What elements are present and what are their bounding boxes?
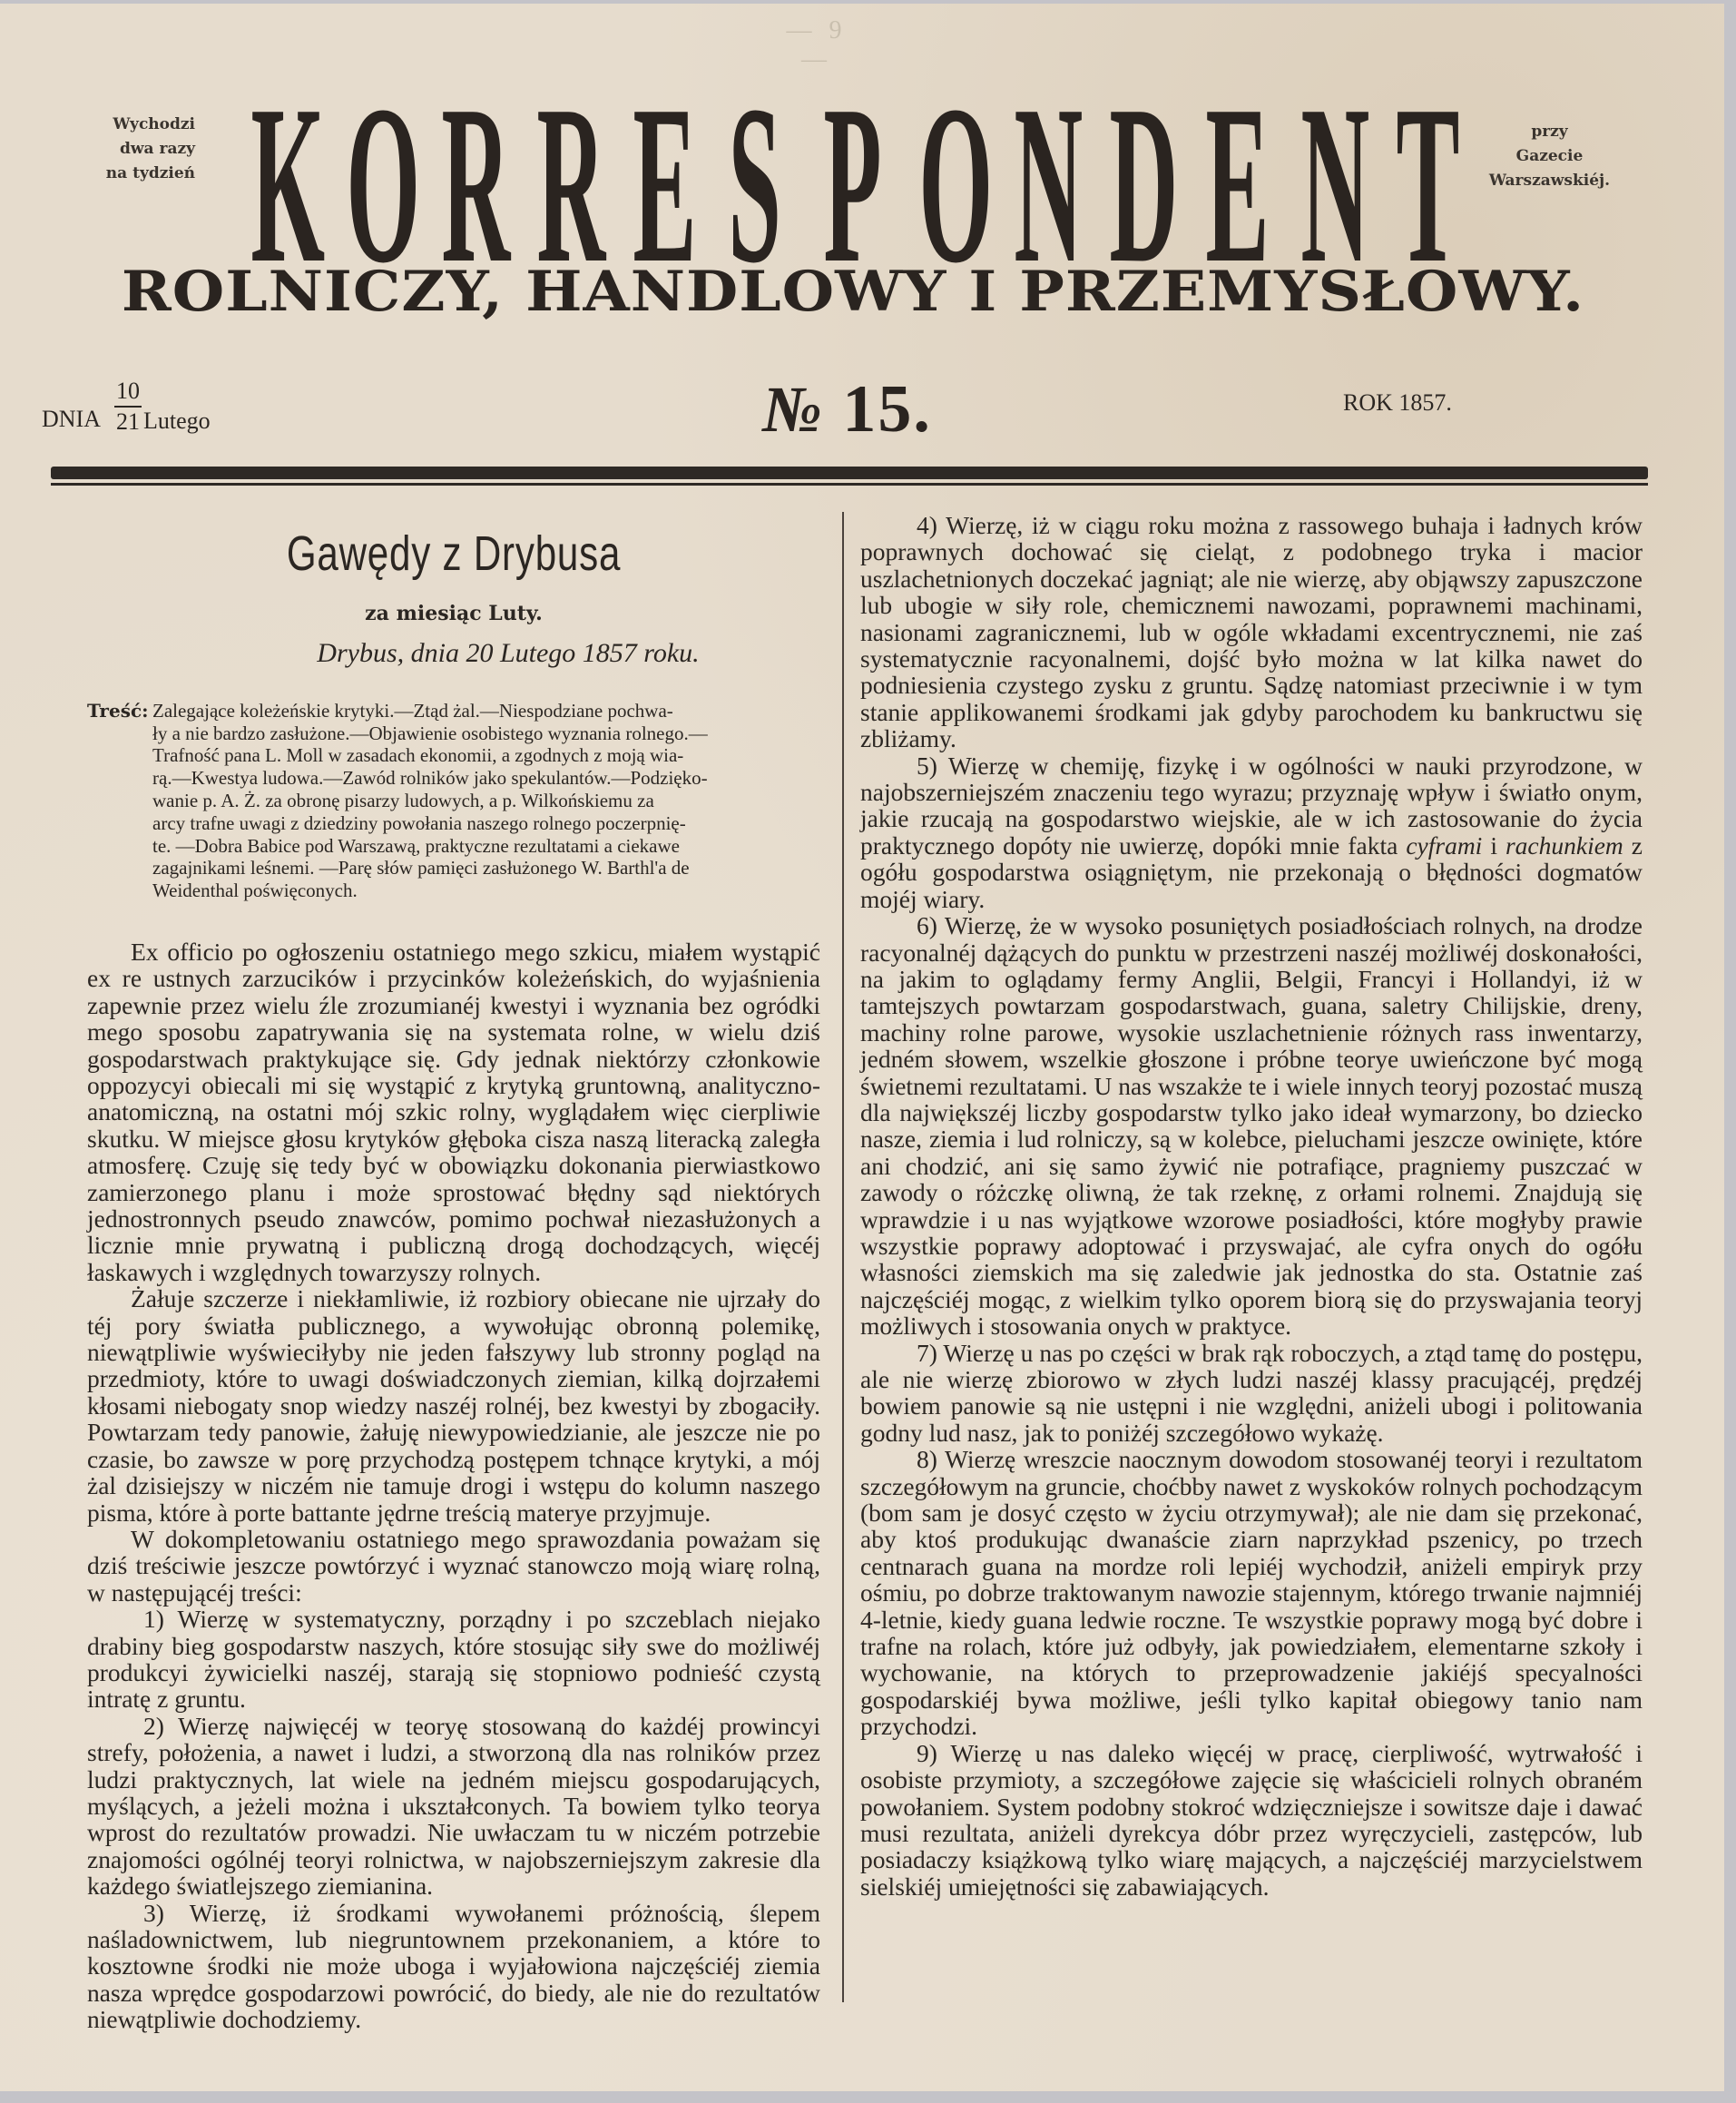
date-fraction: 10 21: [114, 378, 142, 435]
left-column: Gawędy z Drybusa za miesiąc Luty. Drybus…: [87, 512, 820, 2033]
affiliation-line: przy: [1470, 120, 1629, 144]
title-letter: T: [1396, 94, 1433, 276]
newspaper-page: — 9 — Wychodzi dwa razy na tydzień KORRE…: [0, 4, 1724, 2091]
frequency-line: dwa razy: [54, 137, 195, 162]
article-dateline: Drybus, dnia 20 Lutego 1857 roku.: [196, 640, 820, 666]
title-letter: E: [1205, 94, 1242, 276]
title-letter: D: [1110, 94, 1147, 276]
masthead-thin-rule: [51, 483, 1648, 486]
masthead-thick-rule: [51, 467, 1648, 479]
summary-text: Zalegające koleżeńskie krytyki.—Ztąd żal…: [152, 700, 820, 902]
summary-line: Weidenthal poświęconych.: [152, 880, 820, 902]
date-old-style: 10: [116, 378, 140, 404]
creed-item: 6) Wierzę, że w wysoko posuniętych posia…: [860, 912, 1643, 1340]
summary-line: te. —Dobra Babice pod Warszawą, praktycz…: [152, 835, 820, 858]
summary-line: rą.—Kwestya ludowa.—Zawód rolników jako …: [152, 767, 820, 790]
creed-item: 5) Wierzę w chemiję, fizykę i w ogólnośc…: [860, 752, 1643, 912]
article-subtitle: za miesiąc Luty.: [87, 601, 820, 627]
title-letter: S: [728, 94, 765, 276]
date-prefix: DNIA: [42, 406, 101, 433]
article-summary: Treść: Zalegające koleżeńskie krytyki.—Z…: [87, 700, 820, 902]
summary-line: Zalegające koleżeńskie krytyki.—Ztąd żal…: [152, 700, 820, 722]
summary-line: wanie p. A. Ż. za obronę pisarzy ludowyc…: [152, 790, 820, 812]
title-letter: E: [633, 94, 670, 276]
summary-label: Treść:: [87, 700, 152, 902]
summary-line: Trafność pana L. Moll w zasadach ekonomi…: [152, 744, 820, 767]
creed-item: 3) Wierzę, iż środkami wywołanemi próżno…: [87, 1900, 820, 2033]
creed-number: 3): [143, 1899, 190, 1927]
body-paragraph: Ex officio po ogłoszeniu ostatniego mego…: [87, 938, 820, 1285]
affiliation-line: Warszawskiéj.: [1470, 169, 1629, 193]
creed-number: 1): [143, 1605, 178, 1633]
date-new-style: 21: [116, 408, 140, 435]
issue-year: ROK 1857.: [1343, 389, 1452, 417]
article-title: Gawędy z Drybusa: [168, 526, 740, 581]
creed-number: 7): [917, 1339, 943, 1367]
title-letter: R: [537, 94, 574, 276]
creed-number: 6): [917, 911, 945, 939]
creed-item: 1) Wierzę w systematyczny, porządny i po…: [87, 1606, 820, 1713]
title-letter: R: [442, 94, 479, 276]
title-letter: O: [347, 94, 384, 276]
issue-number-value: 15.: [842, 372, 932, 447]
title-letter: K: [250, 94, 288, 276]
publication-frequency-note: Wychodzi dwa razy na tydzień: [54, 113, 195, 186]
title-letter: N: [1015, 94, 1052, 276]
title-letter: O: [919, 94, 956, 276]
creed-item: 4) Wierzę, iż w ciągu roku można z rasso…: [860, 512, 1643, 752]
summary-line: ły a nie bardzo zasłużone.—Objawienie os…: [152, 722, 820, 745]
creed-number: 5): [917, 752, 948, 780]
creed-list-right: 4) Wierzę, iż w ciągu roku można z rasso…: [860, 512, 1643, 1900]
creed-number: 4): [917, 511, 946, 539]
frequency-line: Wychodzi: [54, 113, 195, 137]
affiliation-note: przy Gazecie Warszawskiéj.: [1470, 120, 1629, 193]
creed-item: 7) Wierzę u nas po części w brak rąk rob…: [860, 1340, 1643, 1447]
body-paragraph: Żałuje szczerze i niekłamliwie, iż rozbi…: [87, 1285, 820, 1526]
masthead-title: KORRESPONDENT: [225, 94, 1459, 276]
emphasis: cyframi: [1406, 831, 1482, 860]
masthead-subtitle: ROLNICZY, HANDLOWY I PRZEMYSŁOWY.: [118, 259, 1588, 324]
emphasis: rachunkiem: [1506, 831, 1623, 860]
column-divider: [842, 512, 844, 2002]
creed-number: 9): [917, 1739, 950, 1767]
summary-line: zagajnikami leśnemi. —Parę słów pamięci …: [152, 857, 820, 880]
creed-item: 8) Wierzę wreszcie naocznym dowodom stos…: [860, 1446, 1643, 1739]
fraction-bar: [114, 406, 142, 408]
affiliation-line: Gazecie: [1470, 144, 1629, 169]
creed-list-left: 1) Wierzę w systematyczny, porządny i po…: [87, 1606, 820, 2033]
issue-number: № 15.: [762, 371, 932, 448]
creed-item: 2) Wierzę najwięcéj w teoryę stosowaną d…: [87, 1713, 820, 1900]
summary-line: arcy trafne uwagi z dziedziny powołania …: [152, 812, 820, 835]
creed-item: 9) Wierzę u nas daleko więcéj w pracę, c…: [860, 1740, 1643, 1900]
date-month: Lutego: [143, 408, 211, 435]
frequency-line: na tydzień: [54, 162, 195, 186]
title-letter: P: [823, 94, 860, 276]
body-paragraph: W dokompletowaniu ostatniego mego sprawo…: [87, 1526, 820, 1606]
title-letter: N: [1300, 94, 1338, 276]
creed-number: 2): [143, 1712, 178, 1740]
creed-number: 8): [917, 1445, 945, 1473]
right-column: 4) Wierzę, iż w ciągu roku można z rasso…: [860, 512, 1643, 1900]
numero-sign: №: [762, 373, 824, 446]
